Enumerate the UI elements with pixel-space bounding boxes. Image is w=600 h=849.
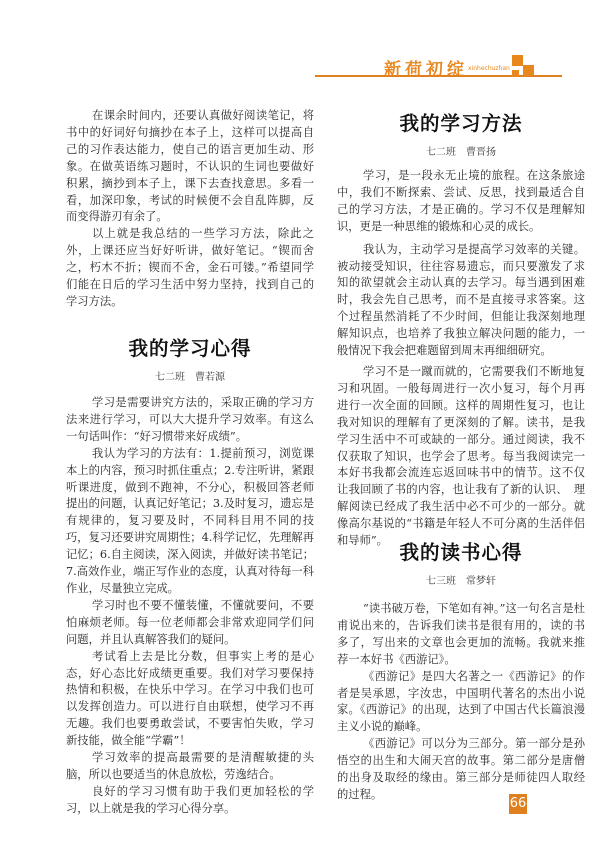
paragraph: 学习不是一蹴而就的，它需要我们不断地复习和巩固。一般每周进行一次小复习，每个月再…: [337, 364, 585, 550]
paragraph: 《西游记》可以分为三部分。第一部分是孙悟空的出生和大闹天宫的故事。第二部分是唐僧…: [337, 736, 585, 804]
article-title: 我的学习方法: [337, 108, 585, 136]
article-title: 我的学习心得: [66, 333, 314, 361]
squares-logo-icon: [512, 55, 534, 77]
paragraph: 良好的学习习惯有助于我们更加轻松的学习，以上就是我的学习心得分享。: [66, 784, 314, 818]
paragraph: 《西游记》是四大名著之一《西游记》的作者是吴承恩，字汝忠，中国明代著名的杰出小说…: [337, 669, 585, 737]
paragraph: 在课余时间内，还要认真做好阅读笔记，将书中的好词好句摘抄在本子上，这样可以提高自…: [66, 108, 314, 226]
page-header: 新荷初绽 xinhechuzhan: [0, 0, 600, 90]
article-study-experience: 我的学习心得 七二班 曹若源 学习是需要讲究方法的，采取正确的学习方法来进行学习…: [66, 333, 314, 818]
article-title: 我的读书心得: [337, 537, 585, 565]
paragraph: 我认为学习的方法有：1.提前预习，浏览课本上的内容，预习时抓住重点；2.专注听讲…: [66, 446, 314, 598]
paragraph: 学习是需要讲究方法的，采取正确的学习方法来进行学习，可以大大提升学习效率。有这么…: [66, 395, 314, 446]
article-byline: 七二班 曹若源: [66, 368, 314, 383]
paragraph: 以上就是我总结的一些学习方法，除此之外，上课还应当好好听讲，做好笔记。“锲而舍之…: [66, 226, 314, 311]
paragraph: 学习时也不要不懂装懂，不懂就要问，不要怕麻烦老师。每一位老师都会非常欢迎同学们问…: [66, 598, 314, 649]
section-pinyin: xinhechuzhan: [468, 65, 510, 72]
continued-article: 在课余时间内，还要认真做好阅读笔记，将书中的好词好句摘抄在本子上，这样可以提高自…: [66, 108, 314, 311]
article-byline: 七二班 曹晋扬: [337, 143, 585, 158]
paragraph: 考试看上去是比分数，但事实上考的是心态，好心态比好成绩更重要。我们对学习要保持热…: [66, 649, 314, 750]
page-number: 66: [509, 794, 527, 814]
paragraph: 我认为，主动学习是提高学习效率的关键。被动接受知识，往往容易遗忘，而只要激发了求…: [337, 242, 585, 360]
article-study-method: 我的学习方法 七二班 曹晋扬 学习，是一段永无止境的旅程。在这条旅途中，我们不断…: [337, 108, 585, 550]
paragraph: 学习，是一段永无止境的旅程。在这条旅途中，我们不断探索、尝试、反思，找到最适合自…: [337, 168, 585, 236]
paragraph: 学习效率的提高最需要的是清醒敏捷的头脑，所以也要适当的休息放松，劳逸结合。: [66, 750, 314, 784]
paragraph: “读书破万卷，下笔如有神。”这一句名言是杜甫说出来的，告诉我们读书是很有用的，读…: [337, 601, 585, 669]
section-title: 新荷初绽: [384, 55, 468, 80]
article-reading-experience: 我的读书心得 七三班 常梦轩 “读书破万卷，下笔如有神。”这一句名言是杜甫说出来…: [337, 537, 585, 804]
article-byline: 七三班 常梦轩: [337, 572, 585, 587]
